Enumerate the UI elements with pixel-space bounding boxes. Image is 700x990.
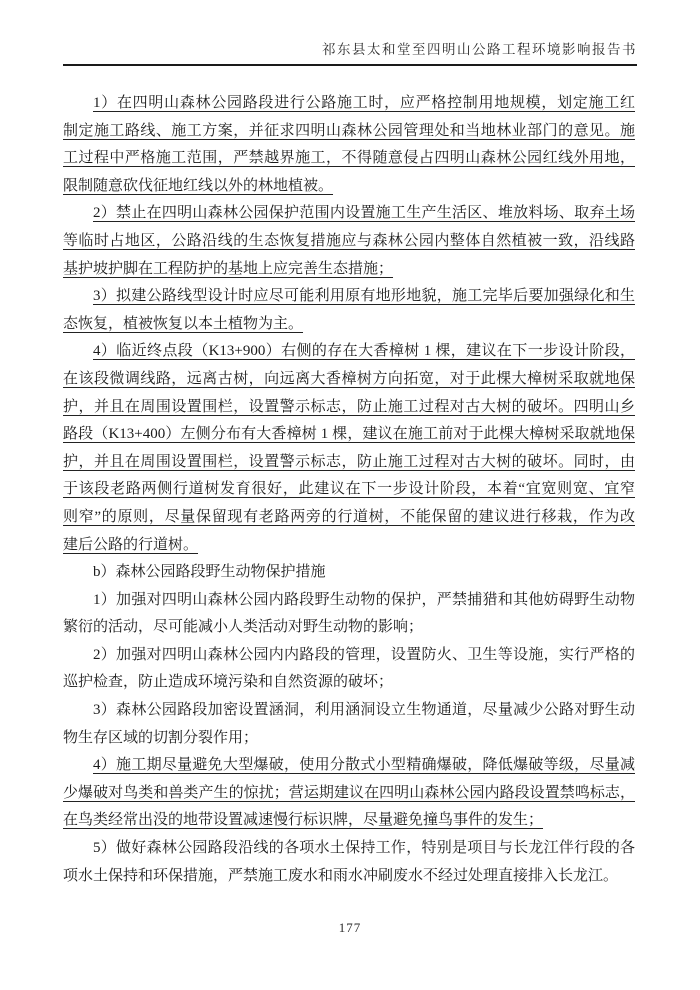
document-page: 祁东县太和堂至四明山公路工程环境影响报告书 1）在四明山森林公园路段进行公路施工…	[0, 0, 700, 990]
page-number: 177	[0, 920, 700, 936]
body-line: 4）临近终点段（K13+900）右侧的存在大香樟树 1 棵，建议在下一步设计阶段…	[63, 338, 635, 366]
body-line: 限制随意砍伐征地红线以外的林地植被。	[63, 173, 635, 201]
body-line: 少爆破对鸟类和兽类产生的惊扰；营运期建议在四明山森林公园内路段设置禁鸣标志，	[63, 780, 635, 808]
body-line: 在该段微调线路，远离古树，向远离大香樟树方向拓宽，对于此棵大樟树采取就地保	[63, 366, 635, 394]
body-line: 等临时占地区，公路沿线的生态恢复措施应与森林公园内整体自然植被一致，沿线路	[63, 228, 635, 256]
body-line: 3）拟建公路线型设计时应尽可能利用原有地形地貌，施工完毕后要加强绿化和生	[63, 283, 635, 311]
body-line: 1）加强对四明山森林公园内路段野生动物的保护，严禁捕猎和其他妨碍野生动物	[63, 587, 635, 615]
document-body: 1）在四明山森林公园路段进行公路施工时，应严格控制用地规模，划定施工红线， 制定…	[63, 90, 635, 890]
body-line: 3）森林公园路段加密设置涵洞，利用涵洞设立生物通道，尽量减少公路对野生动	[63, 697, 635, 725]
body-line: 基护坡护脚在工程防护的基地上应完善生态措施；	[63, 256, 635, 284]
body-line: 则窄”的原则，尽量保留现有老路两旁的行道树，不能保留的建议进行移栽，作为改	[63, 504, 635, 532]
body-line: 制定施工路线、施工方案，并征求四明山森林公园管理处和当地林业部门的意见。施	[63, 118, 635, 146]
page-header: 祁东县太和堂至四明山公路工程环境影响报告书	[63, 42, 637, 66]
page-header-title: 祁东县太和堂至四明山公路工程环境影响报告书	[322, 42, 637, 57]
body-line: 2）加强对四明山森林公园内内路段的管理，设置防火、卫生等设施，实行严格的	[63, 642, 635, 670]
body-line: 4）施工期尽量避免大型爆破，使用分散式小型精确爆破，降低爆破等级，尽量减	[63, 752, 635, 780]
body-line: 护，并且在周围设置围栏，设置警示标志，防止施工过程对古大树的破坏。同时，由	[63, 449, 635, 477]
body-line: 物生存区域的切割分裂作用；	[63, 725, 635, 753]
body-subheading: b）森林公园路段野生动物保护措施	[63, 559, 635, 587]
body-line: 项水土保持和环保措施，严禁施工废水和雨水冲刷废水不经过处理直接排入长龙江。	[63, 863, 635, 891]
body-line: 护，并且在周围设置围栏，设置警示标志，防止施工过程对古大树的破坏。四明山乡	[63, 394, 635, 422]
body-line: 路段（K13+400）左侧分布有大香樟树 1 棵，建议在施工前对于此棵大樟树采取…	[63, 421, 635, 449]
body-line: 2）禁止在四明山森林公园保护范围内设置施工生产生活区、堆放料场、取弃土场	[63, 200, 635, 228]
body-line: 繁衍的活动，尽可能减小人类活动对野生动物的影响；	[63, 614, 635, 642]
body-line: 工过程中严格施工范围，严禁越界施工，不得随意侵占四明山森林公园红线外用地，	[63, 145, 635, 173]
body-line: 巡护检查，防止造成环境污染和自然资源的破坏；	[63, 669, 635, 697]
body-line: 建后公路的行道树。	[63, 532, 635, 560]
body-line: 态恢复，植被恢复以本土植物为主。	[63, 311, 635, 339]
body-line: 1）在四明山森林公园路段进行公路施工时，应严格控制用地规模，划定施工红线，	[63, 90, 635, 118]
body-line: 于该段老路两侧行道树发育很好，此建议在下一步设计阶段，本着“宜宽则宽、宜窄	[63, 476, 635, 504]
body-line: 5）做好森林公园路段沿线的各项水土保持工作，特别是项目与长龙江伴行段的各	[63, 835, 635, 863]
body-line: 在鸟类经常出没的地带设置减速慢行标识牌，尽量避免撞鸟事件的发生；	[63, 807, 635, 835]
